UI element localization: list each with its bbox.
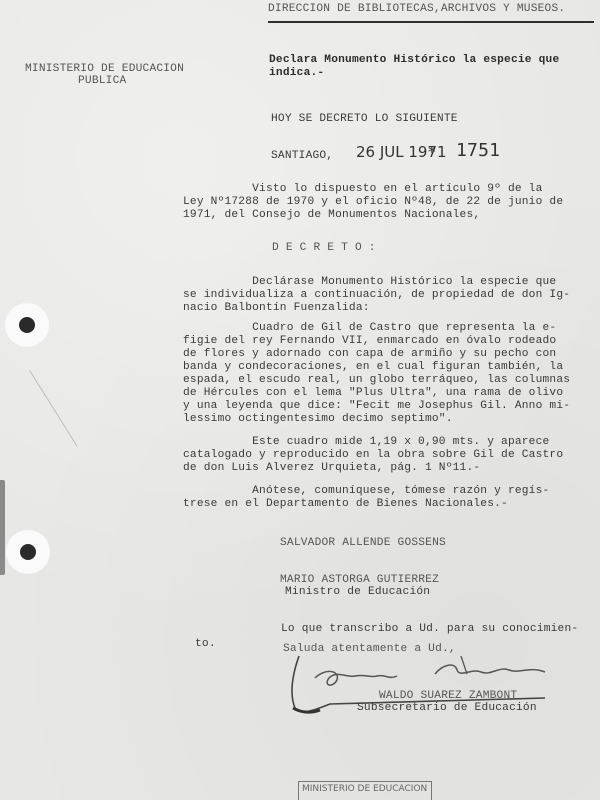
considering-line: 1971, del Consejo de Monumentos Nacional… <box>183 209 480 222</box>
punch-hole-icon <box>6 530 50 574</box>
paragraph-2-line: figie del rey Fernando VII, enmarcado en… <box>183 335 556 348</box>
paragraph-2-line: de Hércules con el lema "Plus Ultra", un… <box>183 387 563 400</box>
paragraph-1-line: se individualiza a continuación, de prop… <box>183 289 570 302</box>
punch-hole-icon <box>5 303 49 347</box>
considering-line: Ley Nº17288 de 1970 y el oficio Nº48, de… <box>183 196 563 209</box>
paragraph-4-line: trese en el Departamento de Bienes Nacio… <box>183 498 508 511</box>
paper-crease <box>29 370 78 447</box>
paragraph-2-line: lessimo octingentesimo decimo septimo". <box>183 413 453 426</box>
decreto-label: D E C R E T O : <box>272 242 376 255</box>
paragraph-2-line: Cuadro de Gil de Castro que representa l… <box>183 322 556 335</box>
president-name: SALVADOR ALLENDE GOSSENS <box>280 537 446 550</box>
paragraph-3-line: de don Luis Alverez Urquieta, pág. 1 Nº1… <box>183 462 480 475</box>
considering-line: Visto lo dispuesto en el artículo 9º de … <box>183 183 543 196</box>
paragraph-2-line: espada, el escudo real, un globo terráqu… <box>183 374 570 387</box>
subject-line-1: Declara Monumento Histórico la especie q… <box>269 54 559 67</box>
date-star: * <box>428 146 436 159</box>
ministry-stamp: MINISTERIO DE EDUCACION <box>298 781 432 800</box>
transcribe-line: Lo que transcribo a Ud. para su conocimi… <box>281 623 578 636</box>
transcribe-continuation: to. <box>195 638 216 651</box>
paragraph-2-line: banda y condecoraciones, en el cual figu… <box>183 361 563 374</box>
undersecretary-title: Subsecretario de Educación <box>357 702 537 715</box>
paragraph-1-line: Declárase Monumento Histórico la especie… <box>183 276 556 289</box>
place: SANTIAGO, <box>271 150 333 163</box>
paragraph-2-line: y una leyenda que dice: "Fecit me Joseph… <box>183 400 570 413</box>
decree-heading: HOY SE DECRETO LO SIGUIENTE <box>271 113 458 126</box>
department-header: DIRECCION DE BIBLIOTECAS,ARCHIVOS Y MUSE… <box>268 3 565 16</box>
paragraph-1-line: nacio Balbontín Fuenzalida: <box>183 302 370 315</box>
ministry-stamp-text: MINISTERIO DE EDUCACION <box>299 782 431 796</box>
binder-clip-edge <box>0 480 5 575</box>
paragraph-3-line: Este cuadro mide 1,19 x 0,90 mts. y apar… <box>183 436 549 449</box>
header-rule <box>268 21 594 23</box>
ministry-line-2: PUBLICA <box>78 75 126 88</box>
paragraph-2-line: de flores y adornado con capa de armiño … <box>183 348 556 361</box>
paragraph-3-line: catalogado y reproducido en la obra sobr… <box>183 449 563 462</box>
minister-title: Ministro de Educación <box>285 586 430 599</box>
document-page: DIRECCION DE BIBLIOTECAS,ARCHIVOS Y MUSE… <box>0 0 600 800</box>
subject-line-2: indica.- <box>269 67 324 80</box>
decree-number: 1751 <box>456 144 500 157</box>
paragraph-4-line: Anótese, comuníquese, tómese razón y reg… <box>183 485 549 498</box>
